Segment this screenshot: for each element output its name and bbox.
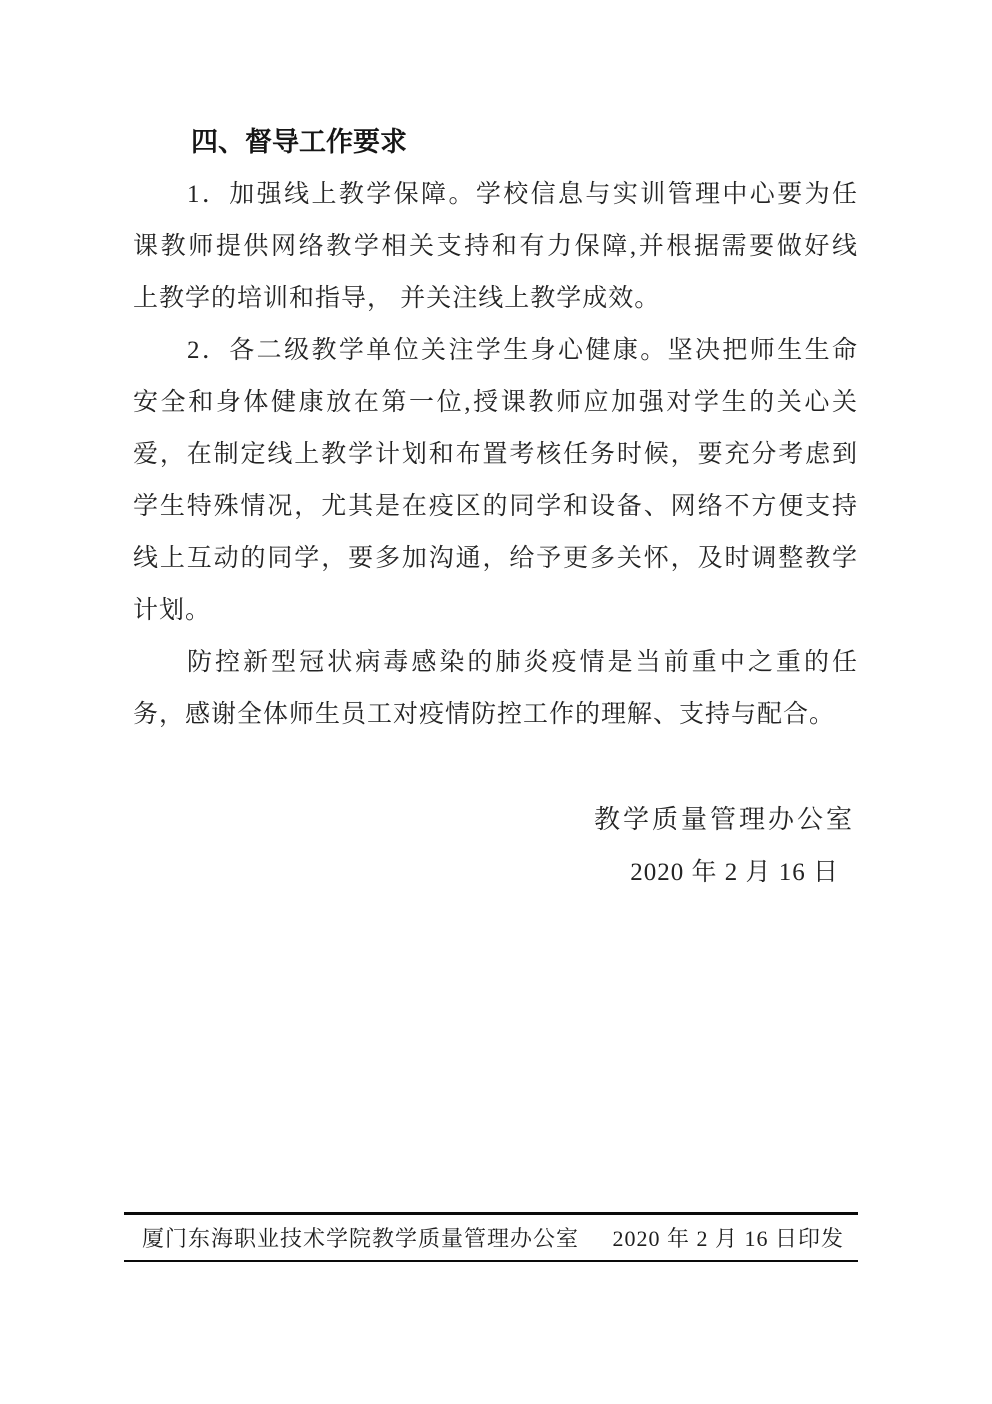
signature-block: 教学质量管理办公室 2020 年 2 月 16 日 <box>133 793 857 899</box>
paragraph-1: 1．加强线上教学保障。学校信息与实训管理中心要为任 课教师提供网络教学相关支持和… <box>133 169 857 325</box>
body-line: 防控新型冠状病毒感染的肺炎疫情是当前重中之重的任 <box>133 637 857 689</box>
body-line: 2．各二级教学单位关注学生身心健康。坚决把师生生命 <box>133 325 857 377</box>
body-line: 务，感谢全体师生员工对疫情防控工作的理解、支持与配合。 <box>133 689 857 741</box>
body-line: 课教师提供网络教学相关支持和有力保障,并根据需要做好线 <box>133 221 857 273</box>
signature-organization: 教学质量管理办公室 <box>133 793 857 846</box>
body-line: 1．加强线上教学保障。学校信息与实训管理中心要为任 <box>133 169 857 221</box>
body-line: 学生特殊情况，尤其是在疫区的同学和设备、网络不方便支持 <box>133 481 857 533</box>
footer-print-date: 2020 年 2 月 16 日印发 <box>612 1222 844 1253</box>
footer-imprint: 厦门东海职业技术学院教学质量管理办公室 2020 年 2 月 16 日印发 <box>124 1212 858 1262</box>
document-page: 四、督导工作要求 1．加强线上教学保障。学校信息与实训管理中心要为任 课教师提供… <box>0 0 992 1404</box>
body-line: 上教学的培训和指导， 并关注线上教学成效。 <box>133 273 857 325</box>
footer-issuer: 厦门东海职业技术学院教学质量管理办公室 <box>142 1222 579 1253</box>
section-heading: 四、督导工作要求 <box>133 116 857 169</box>
paragraph-2: 2．各二级教学单位关注学生身心健康。坚决把师生生命 安全和身体健康放在第一位,授… <box>133 325 857 637</box>
body-line: 安全和身体健康放在第一位,授课教师应加强对学生的关心关 <box>133 377 857 429</box>
paragraph-3: 防控新型冠状病毒感染的肺炎疫情是当前重中之重的任 务，感谢全体师生员工对疫情防控… <box>133 637 857 741</box>
signature-date: 2020 年 2 月 16 日 <box>133 846 857 899</box>
document-body: 四、督导工作要求 1．加强线上教学保障。学校信息与实训管理中心要为任 课教师提供… <box>133 116 857 899</box>
body-line: 爱，在制定线上教学计划和布置考核任务时候，要充分考虑到 <box>133 429 857 481</box>
body-line: 计划。 <box>133 585 857 637</box>
body-line: 线上互动的同学，要多加沟通，给予更多关怀，及时调整教学 <box>133 533 857 585</box>
